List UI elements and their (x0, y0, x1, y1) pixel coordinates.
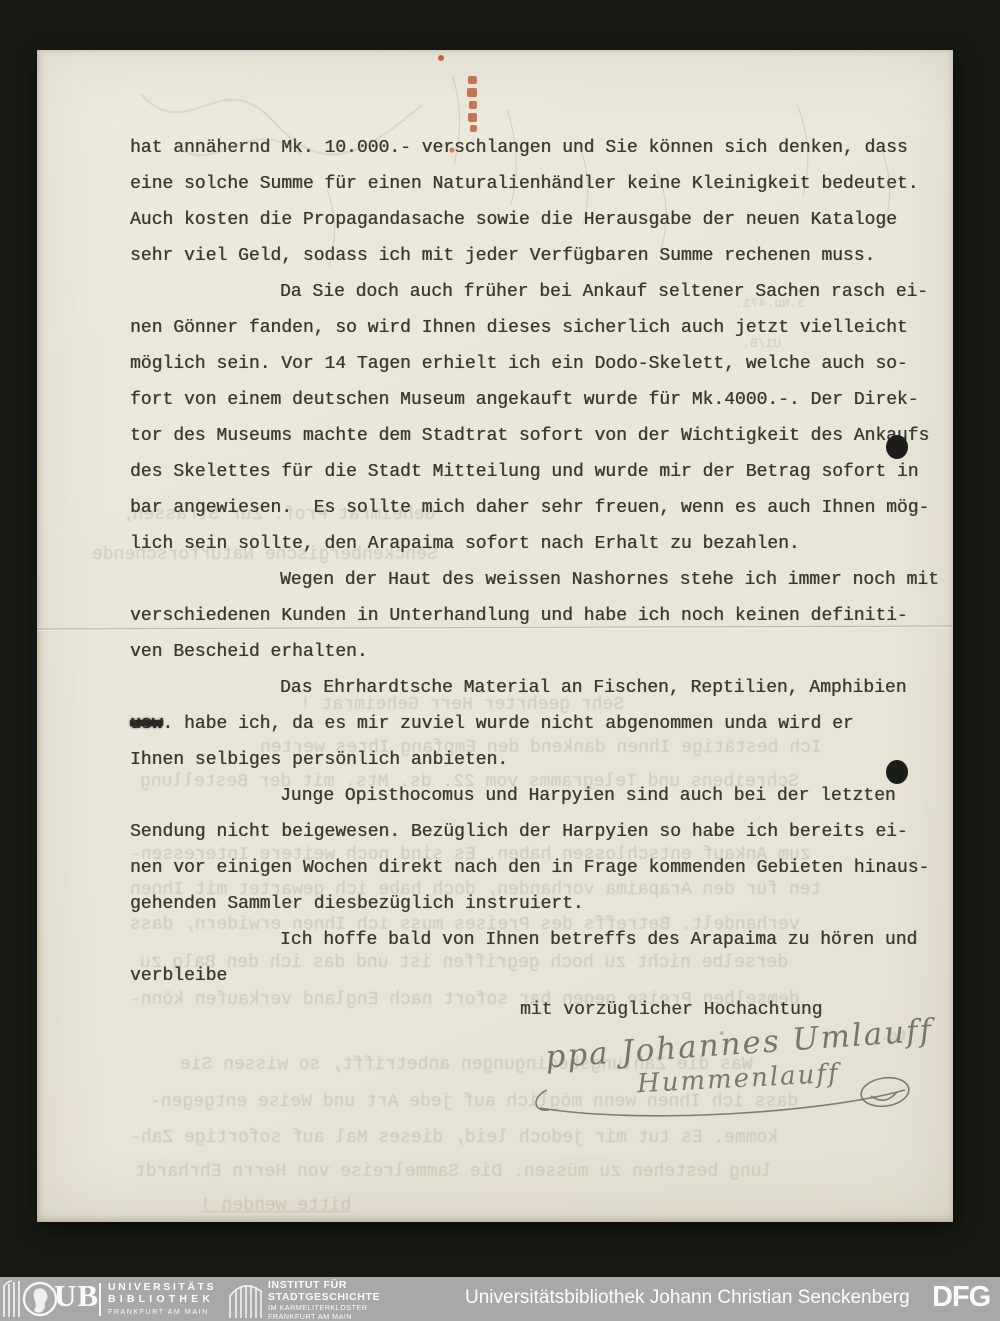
footer-bar: UB UNIVERSITÄTS BIBLIOTHEK FRANKFURT AM … (0, 1277, 1000, 1321)
letter-line: Ihnen selbiges persönlich anbieten. (130, 742, 942, 778)
letter-body: hat annähernd Mk. 10.000.- verschlangen … (130, 130, 942, 994)
letter-line: verschiedenen Kunden in Unterhandlung un… (130, 598, 942, 634)
letter-line: möglich sein. Vor 14 Tagen erhielt ich e… (130, 346, 942, 382)
letter-line: eine solche Summe für einen Naturalienhä… (130, 166, 942, 202)
letter-line: Sendung nicht beigewesen. Bezüglich der … (130, 814, 942, 850)
letter-line: nen vor einigen Wochen direkt nach den i… (130, 850, 942, 886)
ub-line-1: UNIVERSITÄTS (108, 1281, 216, 1293)
institut-line-1: INSTITUT FÜR (268, 1280, 380, 1292)
ub-abbr: UB (54, 1278, 99, 1314)
red-ink-dot (438, 55, 444, 61)
letter-page: 3.No.471.U1/B.Geheimrat Prof. Zur Strass… (37, 50, 953, 1222)
letter-line: Ich hoffe bald von Ihnen betreffs des Ar… (130, 922, 942, 958)
letter-line: sehr viel Geld, sodass ich mit jeder Ver… (130, 238, 942, 274)
letter-line: lich sein sollte, den Arapaima sofort na… (130, 526, 942, 562)
ghost-text: komme. Es tut mir jedoch leid, dieses Ma… (130, 1128, 778, 1148)
letter-line: gehenden Sammler diesbezüglich instruier… (130, 886, 942, 922)
ub-line-2: BIBLIOTHEK (108, 1293, 216, 1305)
library-credit-text: Universitätsbibliothek Johann Christian … (465, 1287, 910, 1309)
red-ink-smudge (467, 76, 477, 132)
letter-line: bar angewiesen. Es sollte mich daher seh… (130, 490, 942, 526)
institut-line-3: IM KARMELITERKLOSTER (268, 1304, 380, 1312)
letter-line: usw. habe ich, da es mir zuviel wurde ni… (130, 706, 942, 742)
ghost-text: bitte wenden ! (200, 1196, 351, 1216)
letter-line: nen Gönner fanden, so wird Ihnen dieses … (130, 310, 942, 346)
institut-line-2: STADTGESCHICHTE (268, 1292, 380, 1304)
letter-line: Junge Opisthocomus und Harpyien sind auc… (130, 778, 942, 814)
letter-line: Da Sie doch auch früher bei Ankauf selte… (130, 274, 942, 310)
institut-line-4: FRANKFURT AM MAIN (268, 1313, 380, 1321)
letter-line: verbleibe (130, 958, 942, 994)
ub-lines-icon (2, 1280, 22, 1318)
struck-word: usw (130, 714, 162, 734)
dfg-logo: DFG (932, 1281, 990, 1314)
letter-line: Auch kosten die Propagandasache sowie di… (130, 202, 942, 238)
ub-wordmark: UNIVERSITÄTS BIBLIOTHEK FRANKFURT AM MAI… (108, 1281, 216, 1319)
goethe-portrait-icon (22, 1281, 58, 1317)
scanned-letter-viewer: { "colors":{ "background":"#171914", "pa… (0, 0, 1000, 1321)
letter-line: des Skelettes für die Stadt Mitteilung u… (130, 454, 942, 490)
letter-line: Das Ehrhardtsche Material an Fischen, Re… (130, 670, 942, 706)
letter-line: fort von einem deutschen Museum angekauf… (130, 382, 942, 418)
ub-line-3: FRANKFURT AM MAIN (108, 1307, 216, 1319)
letter-line: Wegen der Haut des weissen Nashornes ste… (130, 562, 942, 598)
ub-divider (99, 1283, 101, 1316)
letter-line: tor des Museums machte dem Stadtrat sofo… (130, 418, 942, 454)
institut-wordmark: INSTITUT FÜR STADTGESCHICHTE IM KARMELIT… (268, 1280, 380, 1321)
karmeliterkloster-arch-icon (228, 1280, 264, 1318)
ghost-text: lung bestehen zu müssen. Die Sammelreise… (135, 1162, 772, 1182)
circle-doodle (859, 1075, 910, 1109)
letter-line: hat annähernd Mk. 10.000.- verschlangen … (130, 130, 942, 166)
letter-line: ven Bescheid erhalten. (130, 634, 942, 670)
